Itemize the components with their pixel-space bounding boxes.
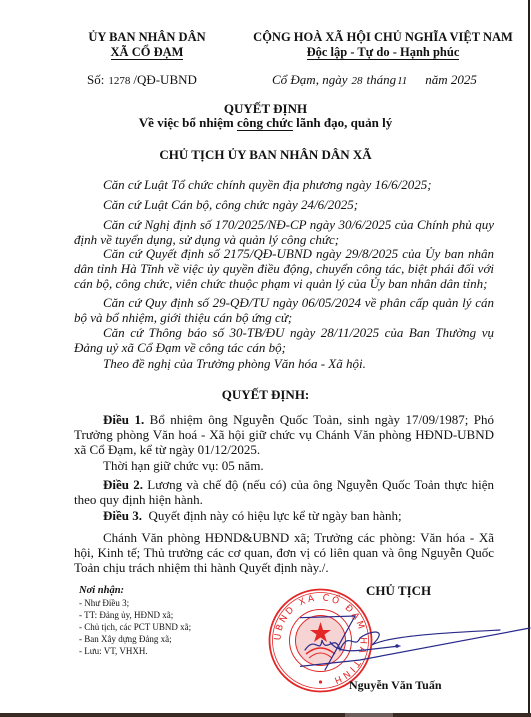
number-value: 1278 [108, 75, 130, 87]
article-1: Điều 1. Bổ nhiệm ông Nguyễn Quốc Toản, s… [74, 412, 494, 457]
basis-item: Căn cứ Quyết định số 2175/QĐ-UBND ngày 2… [74, 246, 494, 291]
date-year: 2025 [451, 72, 477, 87]
date-month: 11 [397, 75, 407, 87]
recipient-item: - Lưu: VT, VHXH. [79, 645, 191, 657]
recipients: Nơi nhận: - Như Điều 3; - TT: Đảng ủy, H… [79, 585, 191, 657]
signer-name: Nguyễn Văn Tuấn [349, 678, 442, 693]
article-3-implementation: Chánh Văn phòng HĐND&UBND xã; Trưởng các… [74, 530, 494, 575]
date-day: 28 [351, 75, 362, 87]
issuing-authority: ỦY BAN NHÂN DÂN XÃ CỔ ĐẠM [72, 30, 222, 60]
basis-item: Căn cứ Quy định số 29-QĐ/TU ngày 06/05/2… [74, 295, 494, 325]
subject-underlined: công chức [237, 115, 293, 131]
motto: Độc lập - Tự do - Hạnh phúc [307, 45, 460, 60]
subject-suffix: lãnh đạo, quản lý [293, 115, 392, 130]
issuing-authority-line2: XÃ CỔ ĐẠM [111, 45, 184, 60]
document-subject: Về việc bổ nhiệm công chức lãnh đạo, quả… [0, 115, 531, 131]
national-name: CỘNG HOÀ XÃ HỘI CHỦ NGHĨA VIỆT NAM [238, 30, 528, 45]
recipient-item: - Chủ tịch, các PCT UBND xã; [79, 621, 191, 633]
issuing-authority-line1: ỦY BAN NHÂN DÂN [72, 30, 222, 45]
document-number: Số:1278/QĐ-UBND [87, 72, 197, 88]
decision-heading: QUYẾT ĐỊNH: [0, 387, 531, 403]
recipient-item: - Ban Xây dựng Đảng xã; [79, 633, 191, 645]
authority-heading: CHỦ TỊCH ỦY BAN NHÂN DÂN XÃ [0, 147, 531, 163]
basis-item: Căn cứ Luật Tổ chức chính quyền địa phươ… [74, 177, 494, 192]
recipients-heading: Nơi nhận: [79, 585, 191, 597]
date-place: Cổ Đạm, ngày [272, 72, 347, 87]
recipient-item: - Như Điều 3; [79, 597, 191, 609]
signer-title: CHỦ TỊCH [366, 583, 431, 599]
number-prefix: Số: [87, 72, 104, 87]
basis-item: Theo đề nghị của Trưởng phòng Văn hóa - … [74, 356, 494, 371]
date-month-label: tháng [366, 72, 396, 87]
document-date: Cổ Đạm, ngày28tháng11năm 2025 [272, 72, 477, 88]
basis-item: Căn cứ Nghị định số 170/2025/NĐ-CP ngày … [74, 217, 494, 247]
article-1-term: Thời hạn giữ chức vụ: 05 năm. [74, 458, 494, 473]
article-2: Điều 2. Lương và chế độ (nếu có) của ông… [74, 477, 494, 507]
scrollbar-thumb[interactable] [345, 713, 393, 717]
number-suffix: /QĐ-UBND [133, 72, 197, 87]
date-year-label: năm [425, 72, 447, 87]
national-motto: CỘNG HOÀ XÃ HỘI CHỦ NGHĨA VIỆT NAM Độc l… [238, 30, 528, 60]
basis-item: Căn cứ Thông báo số 30-TB/ĐU ngày 28/11/… [74, 325, 494, 355]
subject-prefix: Về việc bổ nhiệm [139, 115, 237, 130]
basis-item: Căn cứ Luật Cán bộ, công chức ngày 24/6/… [74, 197, 494, 212]
page-frame-bottom [0, 713, 531, 717]
article-3: Điều 3. Quyết định này có hiệu lực kể từ… [74, 508, 494, 523]
recipient-item: - TT: Đảng ủy, HĐND xã; [79, 609, 191, 621]
